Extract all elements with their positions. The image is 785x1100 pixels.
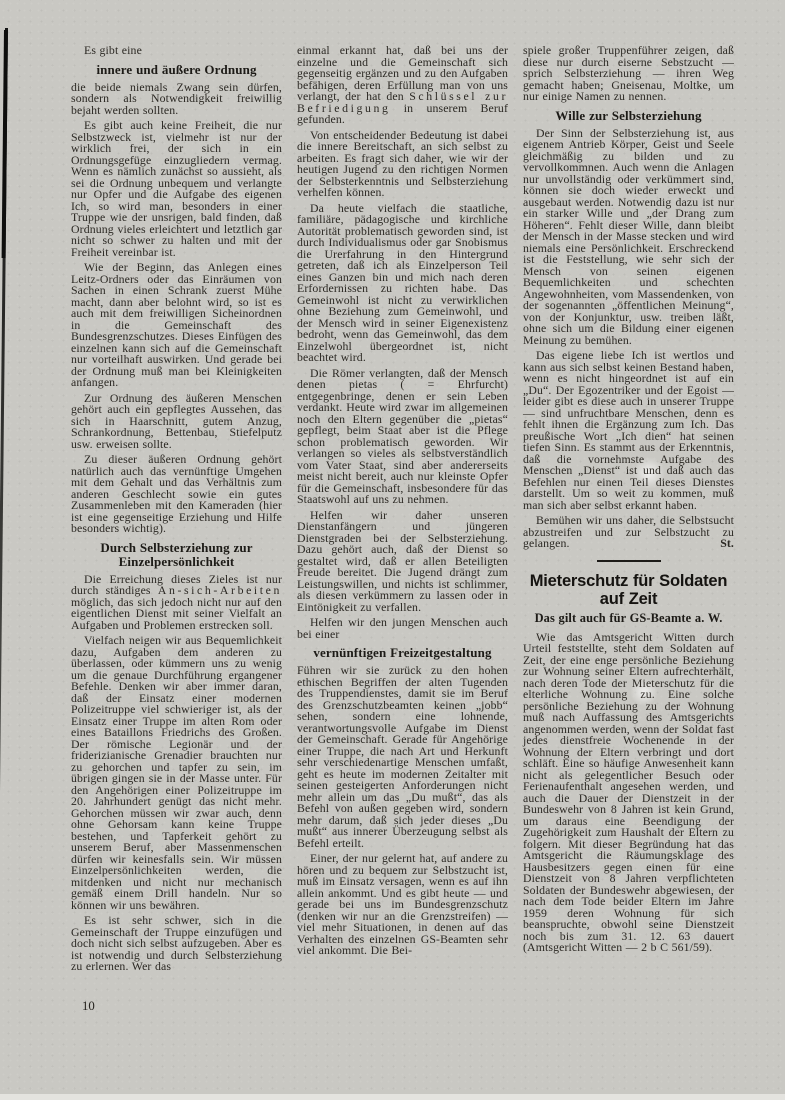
scan-artifact-line (0, 28, 7, 1092)
paragraph: Die Römer verlangten, daß der Mensch den… (297, 368, 508, 506)
paragraph: Es gibt auch keine Freiheit, die nur Sel… (71, 120, 282, 258)
paragraph: Vielfach neigen wir aus Bequemlichkeit d… (71, 635, 282, 911)
paragraph-continuation: Führen wir sie zurück zu den hohen ethis… (297, 665, 508, 849)
article-subheading: Das gilt auch für GS-Beamte a. W. (523, 612, 734, 625)
paragraph: Es gibt eine (71, 45, 282, 57)
page-bottom-edge (0, 1094, 785, 1100)
paragraph: Das eigene liebe Ich ist wertlos und kan… (523, 350, 734, 511)
paragraph: Die Erreichung dieses Zieles ist nur dur… (71, 574, 282, 632)
article-heading: Mieterschutz für Soldaten auf Zeit (523, 572, 734, 608)
section-divider (597, 560, 661, 562)
author-initials: St. (707, 538, 734, 550)
paragraph: Da heute vielfach die staatliche, famili… (297, 203, 508, 364)
paragraph: Einer, der nur gelernt hat, auf andere z… (297, 853, 508, 957)
paragraph-signed: Bemühen wir uns daher, die Selbstsucht a… (523, 515, 734, 550)
paragraph-continuation: einmal erkannt hat, daß bei uns der einz… (297, 45, 508, 126)
letter-spaced-phrase: Schlüssel zur Befriedigung (297, 89, 508, 115)
scan-artifact-line-thick-segment (2, 30, 8, 258)
paragraph: Helfen wir den jungen Menschen auch bei … (297, 617, 508, 640)
paragraph: Wie das Amtsgericht Witten durch Urteil … (523, 632, 734, 954)
section-heading: vernünftigen Freizeitgestaltung (297, 646, 508, 660)
section-heading: Wille zur Selbsterziehung (523, 109, 734, 123)
paragraph: Zur Ordnung des äußeren Menschen gehört … (71, 393, 282, 451)
column-left: Es gibt eineinnere und äußere Ordnungdie… (71, 45, 282, 977)
scanned-magazine-page: Es gibt eineinnere und äußere Ordnungdie… (0, 0, 785, 1100)
paragraph-continuation: spiele großer Truppenführer zeigen, daß … (523, 45, 734, 103)
paragraph: Wie der Beginn, das Anlegen eines Leitz-… (71, 262, 282, 389)
section-heading: innere und äußere Ordnung (71, 63, 282, 77)
column-right: spiele großer Truppenführer zeigen, daß … (523, 45, 734, 958)
letter-spaced-phrase: An-sich-Arbeiten (158, 583, 282, 597)
paragraph: Von entscheidender Bedeutung ist dabei d… (297, 130, 508, 199)
paragraph: Helfen wir daher unseren Dienstanfängern… (297, 510, 508, 614)
paragraph: Es ist sehr schwer, sich in die Gemeinsc… (71, 915, 282, 973)
paragraph: Der Sinn der Selbsterziehung ist, aus ei… (523, 128, 734, 347)
column-middle: einmal erkannt hat, daß bei uns der einz… (297, 45, 508, 961)
paragraph: Zu dieser äußeren Ordnung gehört natürli… (71, 454, 282, 535)
section-heading: Durch Selbsterziehung zur Einzelpersönli… (71, 541, 282, 569)
paragraph-continuation: die beide niemals Zwang sein dürfen, son… (71, 82, 282, 117)
page-number: 10 (82, 999, 95, 1014)
